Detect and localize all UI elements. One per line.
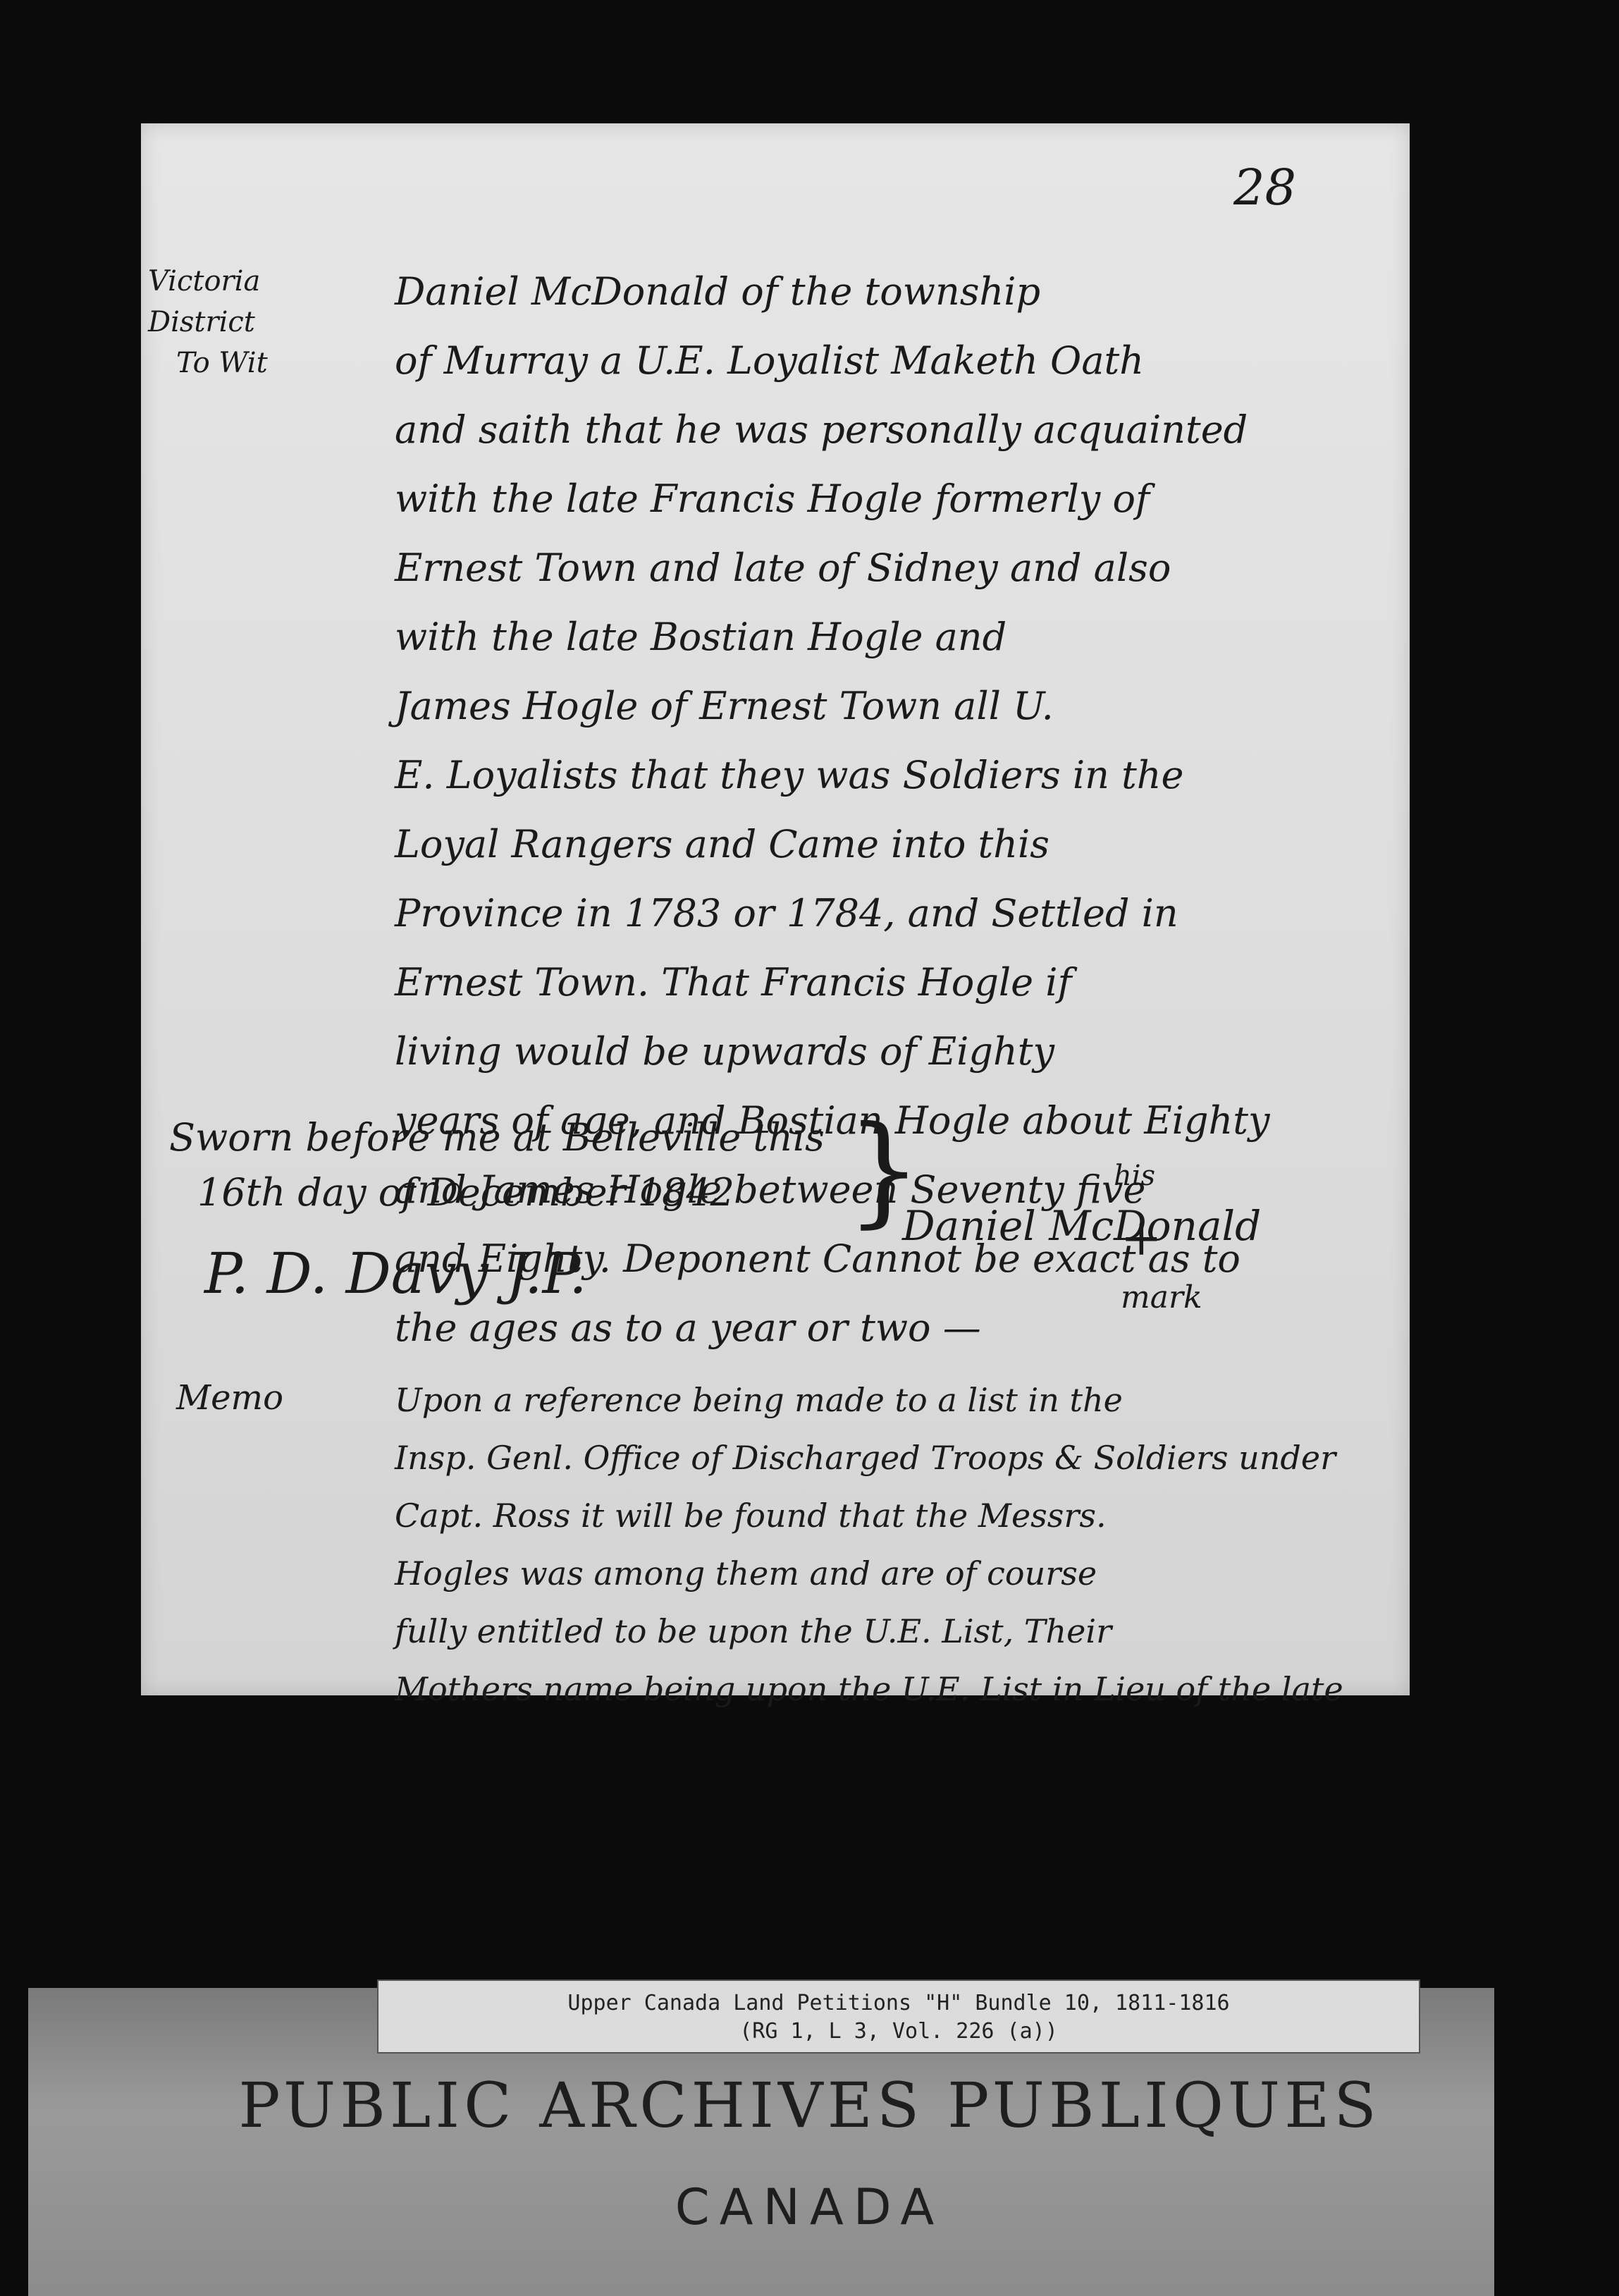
sworn-line: 16th day of December 1842 bbox=[169, 1165, 874, 1220]
body-line: Province in 1783 or 1784, and Settled in bbox=[395, 879, 1381, 948]
memo-line: Capt. Ross it will be found that the Mes… bbox=[395, 1487, 1381, 1545]
his-label: his bbox=[1114, 1160, 1155, 1192]
body-line: Daniel McDonald of the township bbox=[395, 257, 1381, 326]
body-line: with the late Francis Hogle formerly of bbox=[395, 465, 1381, 534]
memo-line: Upon a reference being made to a list in… bbox=[395, 1371, 1381, 1429]
folio-number: 28 bbox=[1233, 159, 1296, 216]
body-line: James Hogle of Ernest Town all U. bbox=[395, 672, 1381, 741]
body-line: of Murray a U.E. Loyalist Maketh Oath bbox=[395, 326, 1381, 395]
district-line: To Wit bbox=[148, 343, 374, 383]
manuscript-page: 28 Victoria District To Wit Daniel McDon… bbox=[141, 123, 1410, 1695]
body-line: Loyal Rangers and Came into this bbox=[395, 810, 1381, 879]
mark-label: mark bbox=[1121, 1279, 1202, 1315]
memo-line: Insp. Genl. Office of Discharged Troops … bbox=[395, 1429, 1381, 1487]
memo-body: Upon a reference being made to a list in… bbox=[395, 1371, 1381, 1718]
archive-country: CANADA bbox=[0, 2178, 1619, 2236]
memo-line: fully entitled to be upon the U.E. List,… bbox=[395, 1602, 1381, 1660]
label-line: (RG 1, L 3, Vol. 226 (a)) bbox=[378, 2018, 1419, 2046]
body-line: E. Loyalists that they was Soldiers in t… bbox=[395, 741, 1381, 810]
memo-line: Mothers name being upon the U.E. List in… bbox=[395, 1660, 1381, 1718]
memo-line: Hogles was among them and are of course bbox=[395, 1545, 1381, 1602]
body-line: Ernest Town. That Francis Hogle if bbox=[395, 948, 1381, 1017]
memo-label: Memo bbox=[176, 1378, 283, 1418]
deponent-signature: Daniel McDonald bbox=[902, 1202, 1261, 1250]
justice-signature: P. D. Davy J.P. bbox=[204, 1241, 587, 1306]
body-line: and saith that he was personally acquain… bbox=[395, 395, 1381, 465]
district-heading: Victoria District To Wit bbox=[148, 261, 374, 383]
archive-institution: PUBLIC ARCHIVES PUBLIQUES bbox=[0, 2069, 1619, 2142]
body-line: with the late Bostian Hogle and bbox=[395, 603, 1381, 672]
mark-cross-icon: + bbox=[1121, 1209, 1162, 1267]
sworn-line: Sworn before me at Belleville this bbox=[169, 1110, 874, 1165]
district-line: Victoria District bbox=[148, 261, 374, 343]
deponent-name: Daniel McDonald bbox=[902, 1202, 1261, 1250]
label-line: Upper Canada Land Petitions "H" Bundle 1… bbox=[378, 1989, 1419, 2018]
archive-label: Upper Canada Land Petitions "H" Bundle 1… bbox=[377, 1979, 1420, 2053]
sworn-statement: Sworn before me at Belleville this 16th … bbox=[169, 1110, 874, 1220]
body-line: Ernest Town and late of Sidney and also bbox=[395, 534, 1381, 603]
body-line: living would be upwards of Eighty bbox=[395, 1017, 1381, 1086]
